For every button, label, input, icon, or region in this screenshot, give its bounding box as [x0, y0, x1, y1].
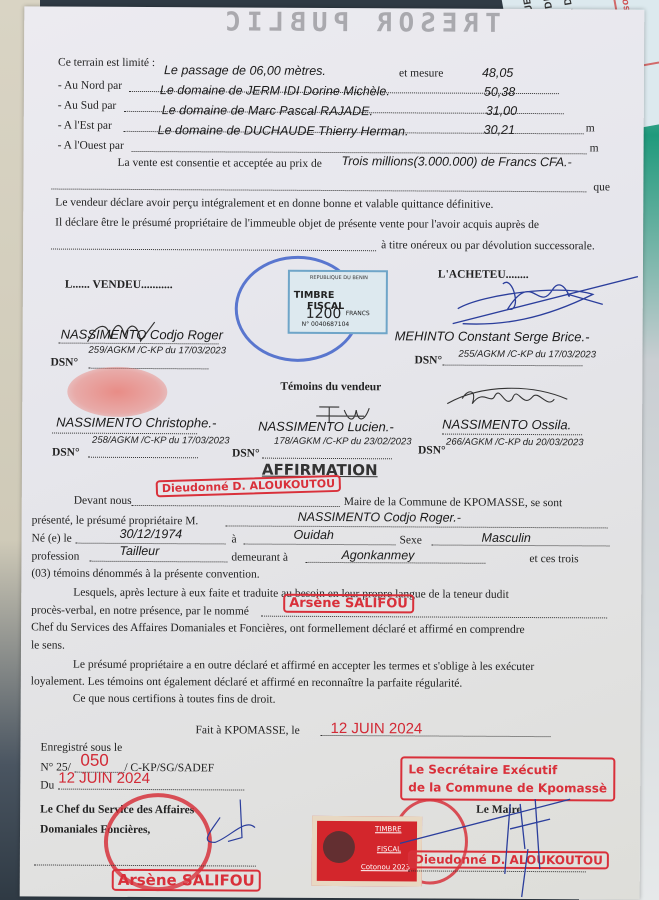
- profession: Tailleur: [119, 544, 159, 558]
- birth-place: Ouidah: [294, 528, 334, 542]
- limit-measure: 50,38: [484, 85, 515, 99]
- declaration-ownership: Il déclare être le présumé propriétaire …: [55, 217, 539, 232]
- owner-name: NASSIMENTO Codjo Roger.-: [298, 510, 461, 525]
- limit-value: Le domaine de JERM IDI Dorine Michèle.: [160, 83, 390, 98]
- seller-dsn: 259/AGKM /C-KP du 17/03/2023: [89, 345, 227, 357]
- chef-name-stamp: Arsène SALIFOU: [283, 594, 414, 614]
- mayor-signature: [400, 788, 581, 899]
- buyer-name: MEHINTO Constant Serge Brice.-: [395, 328, 590, 344]
- fingerprint: [67, 367, 167, 418]
- residence: Agonkanmey: [341, 548, 414, 562]
- declaration-title: à titre onéreux ou par dévolution succes…: [381, 239, 595, 252]
- registration-date: 12 JUIN 2024: [58, 770, 150, 787]
- sale-deed-document: TRESOR PUBLIC Ce terrain est limité : - …: [20, 6, 645, 899]
- limit-measure: 48,05: [482, 66, 513, 80]
- witness-signature: [442, 379, 572, 420]
- seller-name: NASSIMENTO Codjo Roger: [61, 327, 223, 343]
- mayor-name-stamp: Dieudonné D. ALOUKOUTOU: [156, 475, 342, 497]
- limit-measure: 31,00: [486, 104, 517, 118]
- limit-value: Le domaine de DUCHAUDE Thierry Herman.: [158, 123, 409, 138]
- limit-value: Le passage de 06,00 mètres.: [164, 63, 326, 78]
- seller-label: L...... VENDEU...........: [65, 279, 173, 292]
- signing-date: 12 JUIN 2024: [331, 720, 423, 737]
- buyer-dsn: 255/AGKM /C-KP du 17/03/2023: [458, 349, 596, 361]
- sex: Masculin: [482, 531, 531, 545]
- limits-intro: Ce terrain est limité :: [58, 57, 155, 70]
- price-label: La vente est consentie et acceptée au pr…: [117, 157, 321, 170]
- limit-measure: 30,21: [484, 123, 515, 137]
- declaration-receipt: Le vendeur déclare avoir perçu intégrale…: [55, 197, 493, 211]
- fiscal-stamp: REPUBLIQUE DU BENIN TIMBRE FISCAL 1200 F…: [288, 270, 388, 335]
- chef-signature-stamp: Arsène SALIFOU: [112, 869, 261, 892]
- registration-number: 050: [80, 751, 108, 771]
- price-value: Trois millions(3.000.000) de Francs CFA.…: [341, 154, 571, 169]
- fiscal-stamp-amount: 1200: [306, 306, 342, 322]
- buyer-signature: [443, 264, 643, 335]
- birth-date: 30/12/1974: [120, 527, 183, 541]
- perforation-stamp: TRESOR PUBLIC: [219, 7, 501, 38]
- chef-signature: [190, 797, 260, 857]
- witnesses-title: Témoins du vendeur: [280, 381, 381, 394]
- limit-value: Le domaine de Marc Pascal RAJADE.: [162, 103, 373, 118]
